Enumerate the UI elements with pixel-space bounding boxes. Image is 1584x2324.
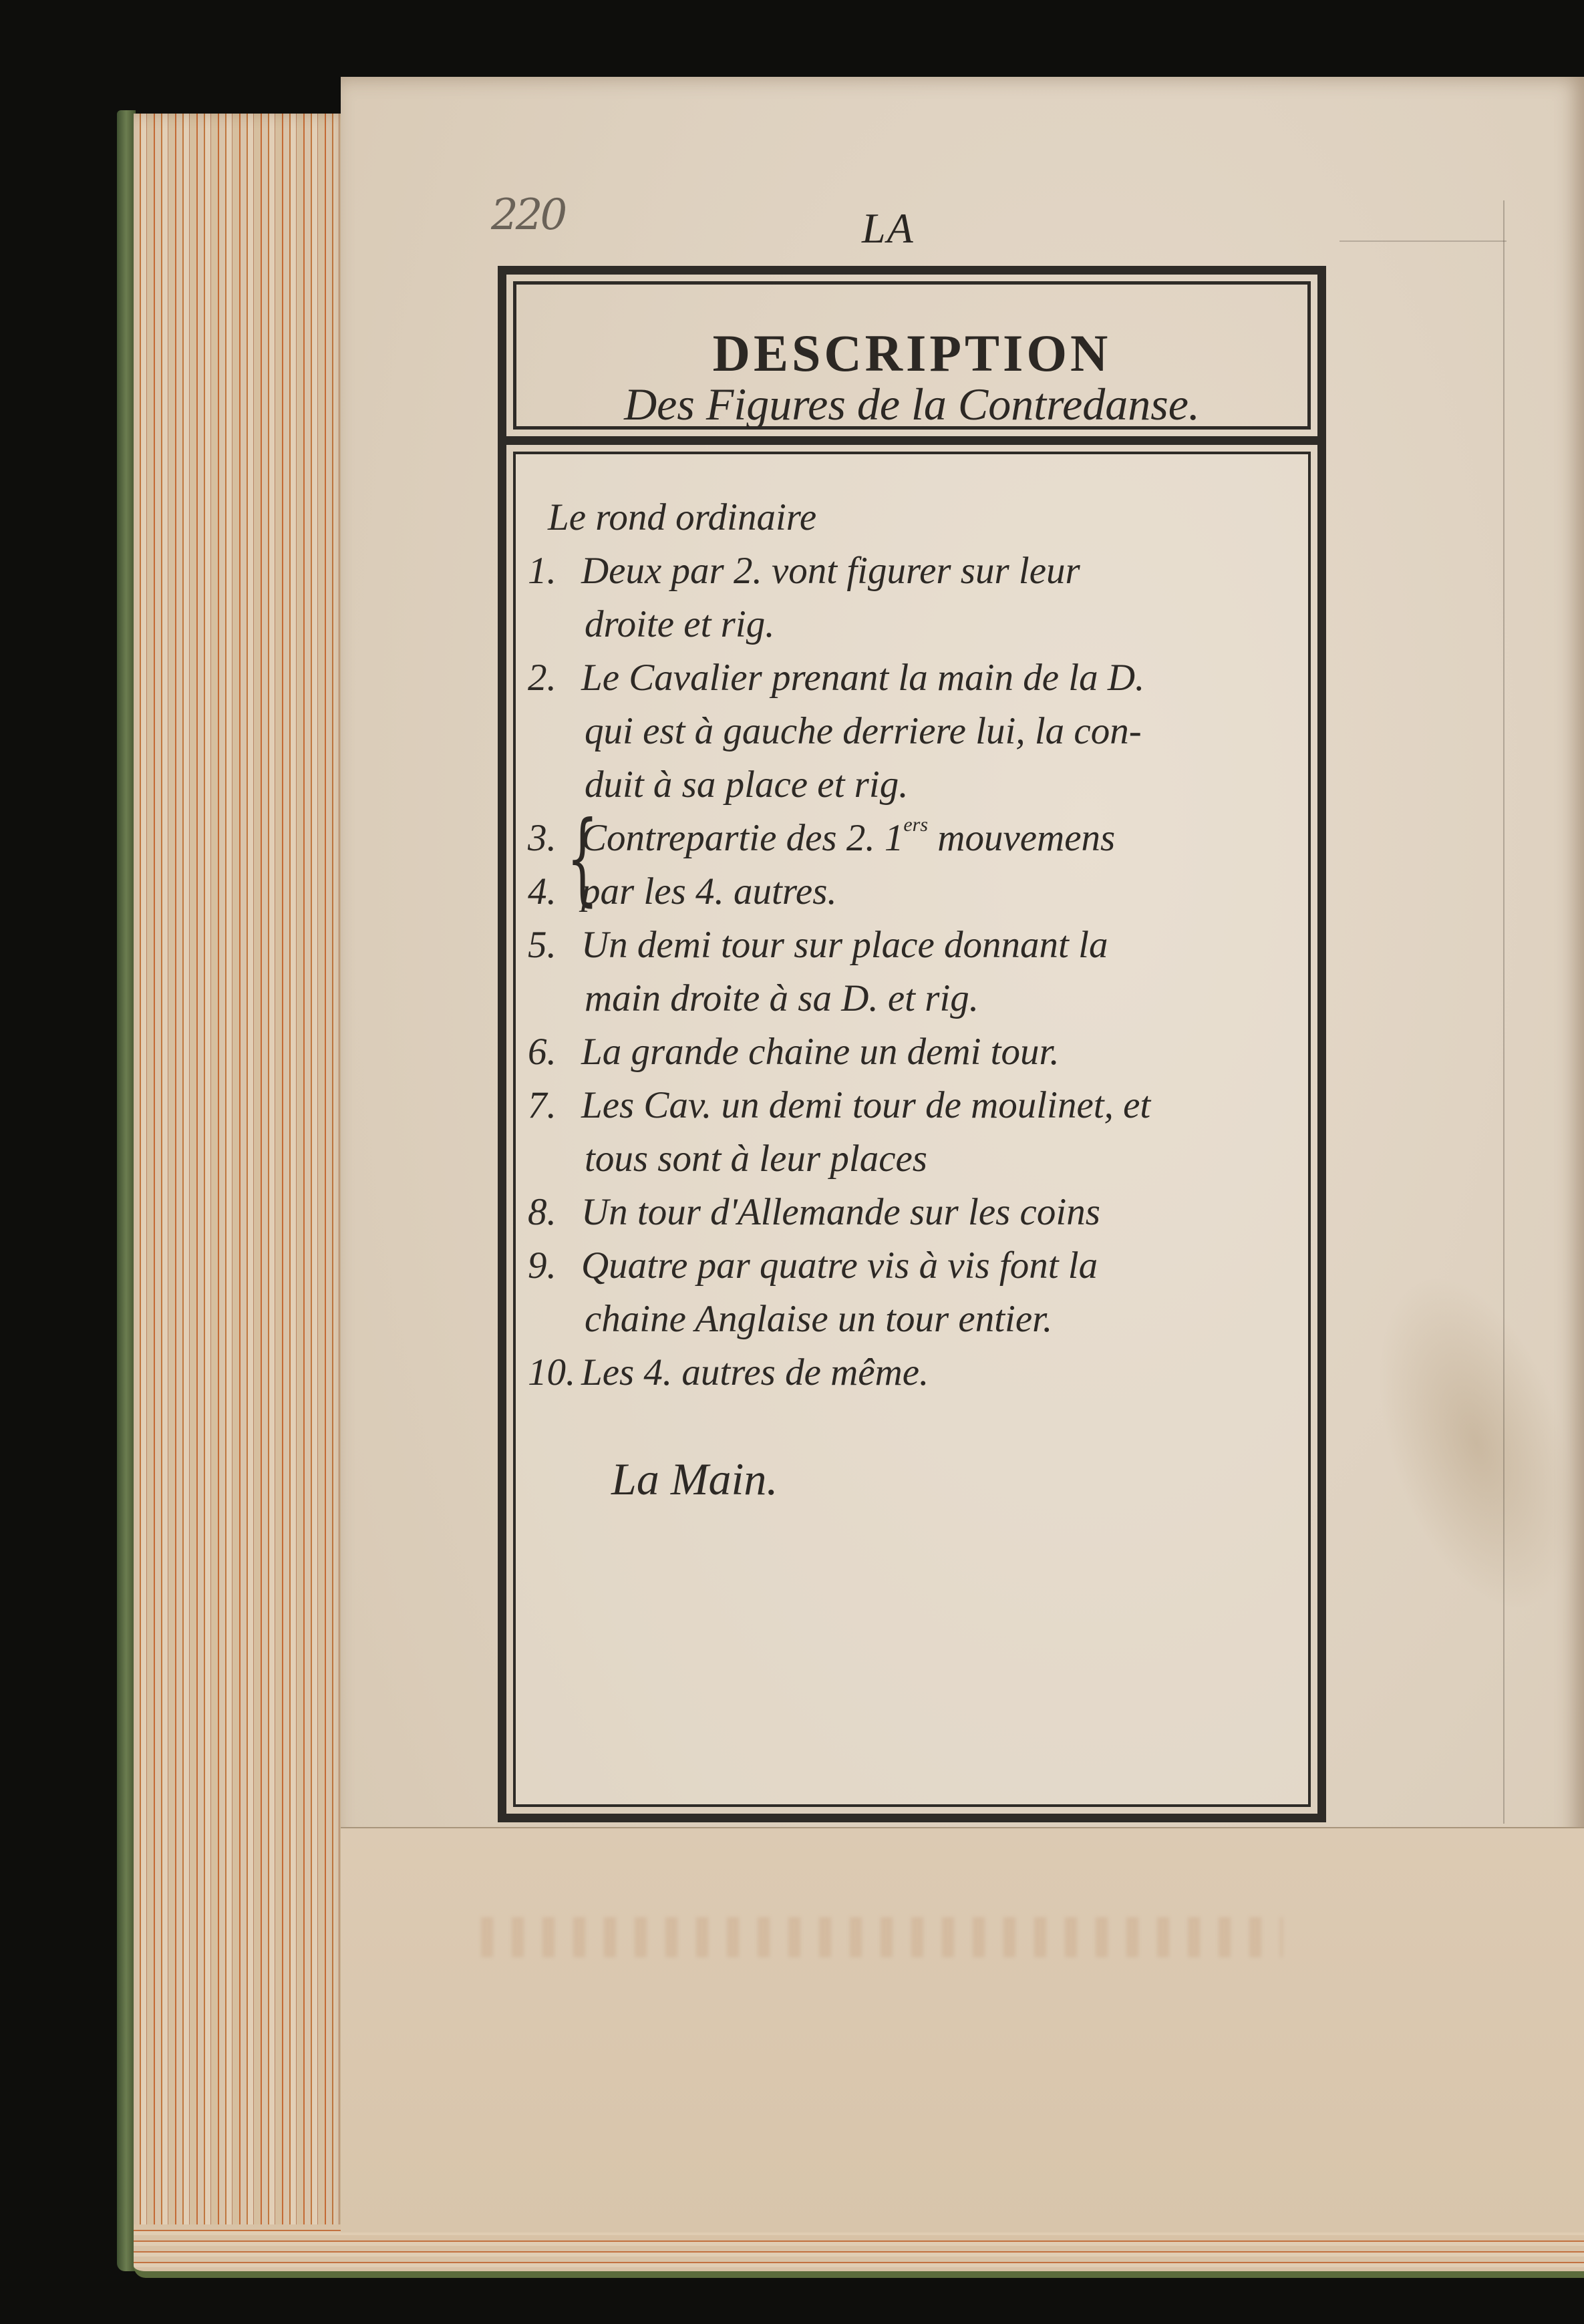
list-item: 4. par les 4. autres. <box>528 865 1296 919</box>
item-text: main droite à sa D. et rig. <box>585 972 979 1025</box>
item-text: La grande chaine un demi tour. <box>581 1025 1060 1079</box>
superscript: ers <box>903 814 928 836</box>
item-number: 1. <box>528 544 581 598</box>
item-text: duit à sa place et rig. <box>585 758 908 812</box>
book-spine-cover-edge <box>117 110 136 2271</box>
figure-list: Le rond ordinaire 1. Deux par 2. vont fi… <box>528 491 1296 1399</box>
list-item-continuation: tous sont à leur places <box>528 1132 1296 1186</box>
folded-page-lower-flap <box>341 1827 1584 2232</box>
list-item-continuation: main droite à sa D. et rig. <box>528 972 1296 1025</box>
list-item-continuation: droite et rig. <box>528 598 1296 651</box>
title-cartouche-inner-rule: DESCRIPTION Des Figures de la Contredans… <box>513 281 1311 430</box>
next-section-heading: La Main. <box>611 1453 778 1506</box>
page-stack-fore-edge <box>134 114 347 2265</box>
list-item: 2. Le Cavalier prenant la main de la D. <box>528 651 1296 705</box>
list-item: 7. Les Cav. un demi tour de moulinet, et <box>528 1079 1296 1132</box>
section-heading: Le rond ordinaire <box>528 491 1296 544</box>
item-text: Un tour d'Allemande sur les coins <box>581 1186 1100 1239</box>
page-subtitle: Des Figures de la Contredanse. <box>516 378 1307 431</box>
running-head: LA <box>862 204 915 253</box>
item-text: tous sont à leur places <box>585 1132 927 1186</box>
item-text: Les Cav. un demi tour de moulinet, et <box>581 1079 1150 1132</box>
list-item: 10. Les 4. autres de même. <box>528 1346 1296 1399</box>
item-number: 5. <box>528 919 581 972</box>
item-number: 4. <box>528 865 581 919</box>
list-item-continuation: duit à sa place et rig. <box>528 758 1296 812</box>
item-text: Contrepartie des 2. 1ers mouvemens <box>581 812 1115 865</box>
plate-mark-vertical <box>1503 200 1504 1824</box>
item-number: 7. <box>528 1079 581 1132</box>
item-number: 9. <box>528 1239 581 1293</box>
list-item: 9. Quatre par quatre vis à vis font la <box>528 1239 1296 1293</box>
item-text: par les 4. autres. <box>581 865 837 919</box>
item-text: Les 4. autres de même. <box>581 1346 929 1399</box>
item-text: Le Cavalier prenant la main de la D. <box>581 651 1144 705</box>
list-item: 3. { Contrepartie des 2. 1ers mouvemens <box>528 812 1296 865</box>
item-text: Quatre par quatre vis à vis font la <box>581 1239 1098 1293</box>
item-text: Un demi tour sur place donnant la <box>581 919 1108 972</box>
list-item: 8. Un tour d'Allemande sur les coins <box>528 1186 1296 1239</box>
title-cartouche: DESCRIPTION Des Figures de la Contredans… <box>498 266 1326 445</box>
list-item-continuation: qui est à gauche derriere lui, la con- <box>528 705 1296 758</box>
show-through-print <box>481 1917 1283 1957</box>
list-item: 1. Deux par 2. vont figurer sur leur <box>528 544 1296 598</box>
page-title: DESCRIPTION <box>516 323 1307 383</box>
item-text: chaine Anglaise un tour entier. <box>585 1293 1052 1346</box>
page-number: 220 <box>491 190 565 240</box>
item-number: 2. <box>528 651 581 705</box>
item-number: 6. <box>528 1025 581 1079</box>
item-number: 10. <box>528 1346 581 1399</box>
page-stack-bottom-edge <box>134 2224 1584 2278</box>
item-text: Deux par 2. vont figurer sur leur <box>581 544 1080 598</box>
item-text: qui est à gauche derriere lui, la con- <box>585 705 1142 758</box>
item-number: 8. <box>528 1186 581 1239</box>
list-item: 5. Un demi tour sur place donnant la <box>528 919 1296 972</box>
list-item: 6. La grande chaine un demi tour. <box>528 1025 1296 1079</box>
item-text: droite et rig. <box>585 598 774 651</box>
list-item-continuation: chaine Anglaise un tour entier. <box>528 1293 1296 1346</box>
plate-mark-horizontal <box>1339 240 1507 242</box>
